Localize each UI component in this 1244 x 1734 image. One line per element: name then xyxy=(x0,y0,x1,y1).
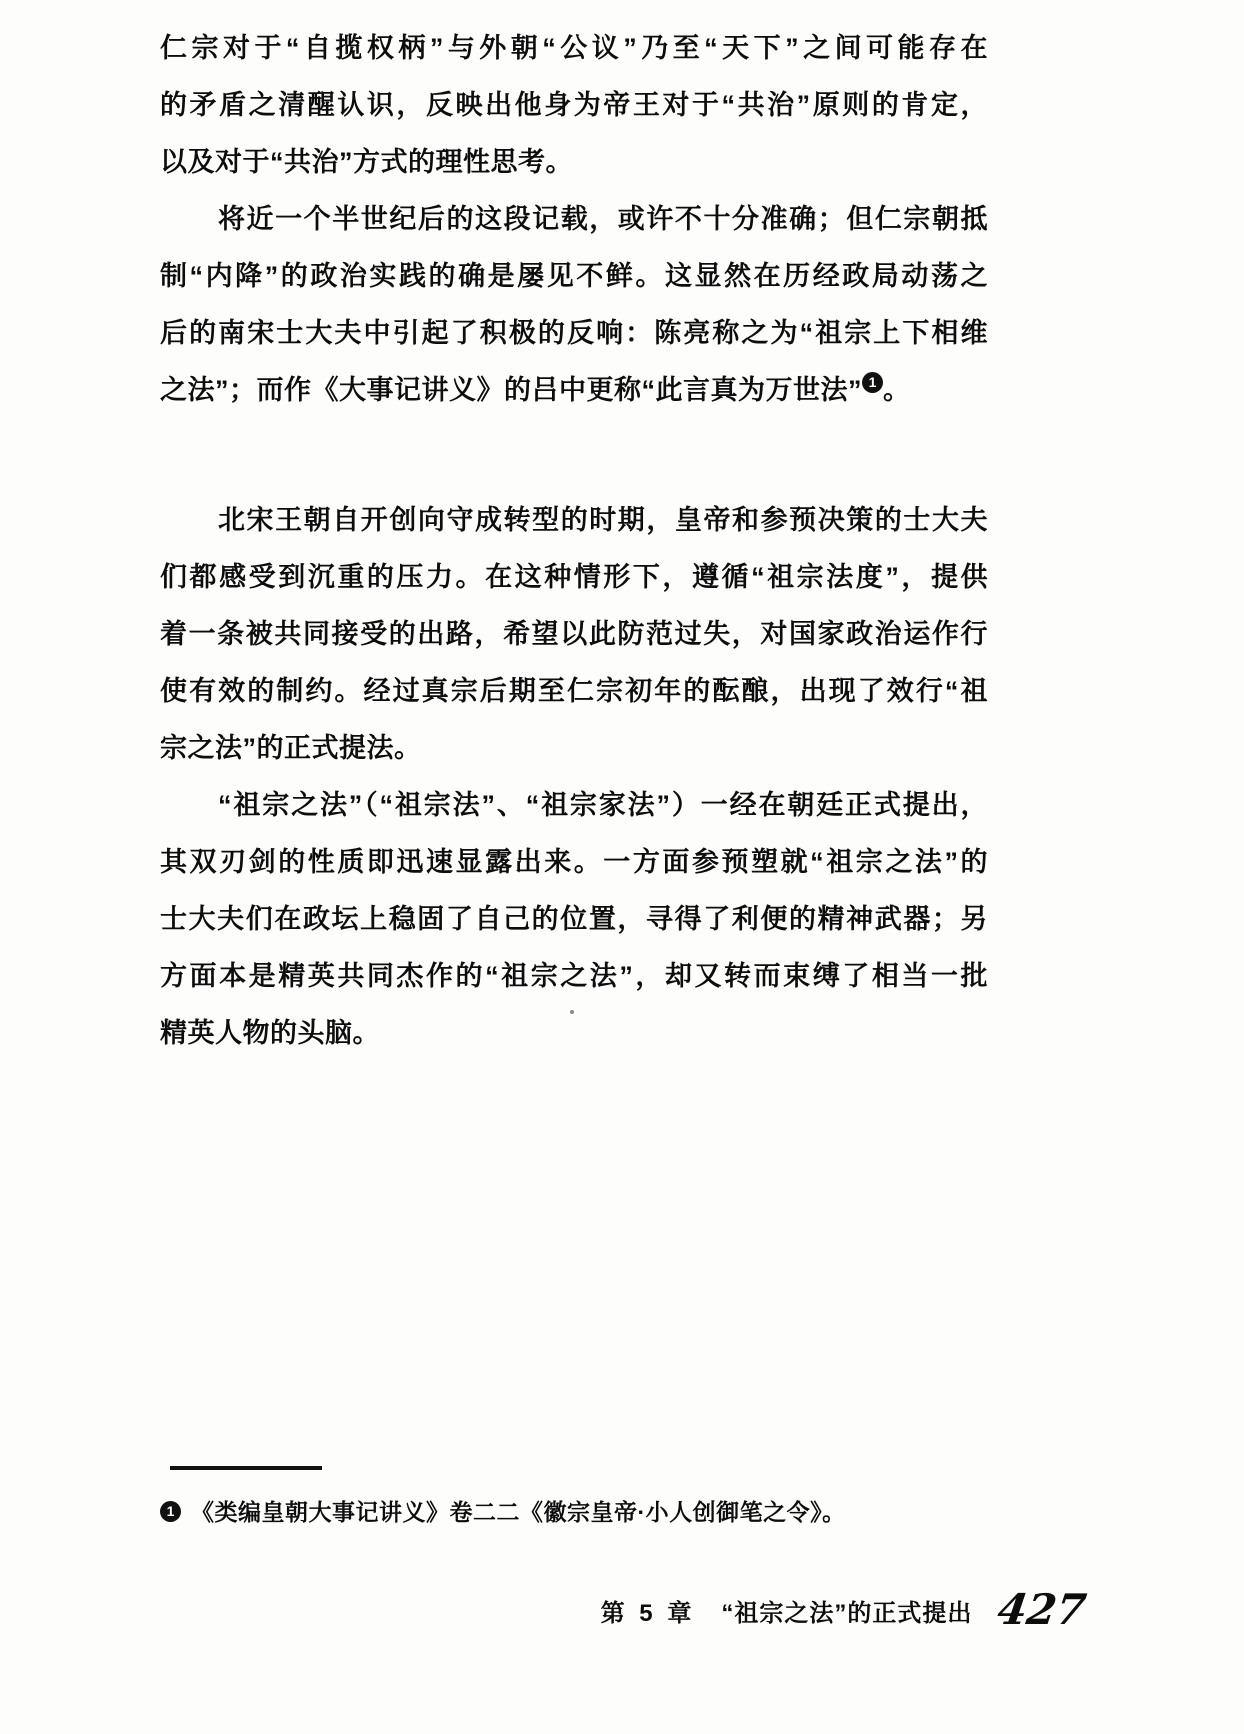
footer-chapter-number: 第 5 章 xyxy=(601,1593,696,1628)
text-line: 仁宗对于“自揽权柄”与外朝“公议”乃至“天下”之间可能存在 xyxy=(160,20,988,77)
text-line: 后的南宋士大夫中引起了积极的反响：陈亮称之为“祖宗上下相维 xyxy=(160,305,988,362)
footnote-divider xyxy=(170,1466,322,1470)
text-line: 北宋王朝自开创向守成转型的时期，皇帝和参预决策的士大夫 xyxy=(160,492,988,549)
text-line: 精英人物的头脑。 xyxy=(160,1005,988,1062)
text-line: “祖宗之法”（“祖宗法”、“祖宗家法”）一经在朝廷正式提出， xyxy=(160,777,988,834)
text-line: 士大夫们在政坛上稳固了自己的位置，寻得了利便的精神武器；另 xyxy=(160,891,988,948)
text-line: 的矛盾之清醒认识，反映出他身为帝王对于“共治”原则的肯定， xyxy=(160,77,988,134)
text-line: 着一条被共同接受的出路，希望以此防范过失，对国家政治运作行 xyxy=(160,606,988,663)
text-line: 宗之法”的正式提法。 xyxy=(160,720,988,777)
footnote-marker: 1 xyxy=(862,372,883,393)
text-line: 方面本是精英共同杰作的“祖宗之法”，却又转而束缚了相当一批 xyxy=(160,948,988,1005)
body-text: 仁宗对于“自揽权柄”与外朝“公议”乃至“天下”之间可能存在的矛盾之清醒认识，反映… xyxy=(160,20,988,1062)
text-line: 制“内降”的政治实践的确是屡见不鲜。这显然在历经政局动荡之 xyxy=(160,248,988,305)
text-line: 其双刃剑的性质即迅速显露出来。一方面参预塑就“祖宗之法”的 xyxy=(160,834,988,891)
paragraph: 北宋王朝自开创向守成转型的时期，皇帝和参预决策的士大夫们都感受到沉重的压力。在这… xyxy=(160,492,988,777)
paragraph: 将近一个半世纪后的这段记载，或许不十分准确；但仁宗朝抵制“内降”的政治实践的确是… xyxy=(160,191,988,419)
footnote: 1《类编皇朝大事记讲义》卷二二《徽宗皇帝·小人创御笔之令》。 xyxy=(160,1492,1000,1532)
footer-chapter-title: “祖宗之法”的正式提出 xyxy=(721,1593,972,1628)
book-page: 仁宗对于“自揽权柄”与外朝“公议”乃至“天下”之间可能存在的矛盾之清醒认识，反映… xyxy=(0,0,1244,1734)
running-footer: 第 5 章 “祖宗之法”的正式提出 427 xyxy=(601,1582,1086,1631)
paragraph: 仁宗对于“自揽权柄”与外朝“公议”乃至“天下”之间可能存在的矛盾之清醒认识，反映… xyxy=(160,20,988,191)
page-number: 427 xyxy=(995,1585,1090,1634)
paragraph: “祖宗之法”（“祖宗法”、“祖宗家法”）一经在朝廷正式提出，其双刃剑的性质即迅速… xyxy=(160,777,988,1062)
text-line: 之法”；而作《大事记讲义》的吕中更称“此言真为万世法”1。 xyxy=(160,362,988,419)
text-line: 使有效的制约。经过真宗后期至仁宗初年的酝酿，出现了效行“祖 xyxy=(160,663,988,720)
text-line: 以及对于“共治”方式的理性思考。 xyxy=(160,134,988,191)
footnote-marker: 1 xyxy=(160,1501,181,1522)
print-artifact-dot xyxy=(570,1010,574,1014)
footnote-text: 《类编皇朝大事记讲义》卷二二《徽宗皇帝·小人创御笔之令》。 xyxy=(191,1499,846,1525)
text-line: 将近一个半世纪后的这段记载，或许不十分准确；但仁宗朝抵 xyxy=(160,191,988,248)
text-line: 们都感受到沉重的压力。在这种情形下，遵循“祖宗法度”，提供 xyxy=(160,549,988,606)
